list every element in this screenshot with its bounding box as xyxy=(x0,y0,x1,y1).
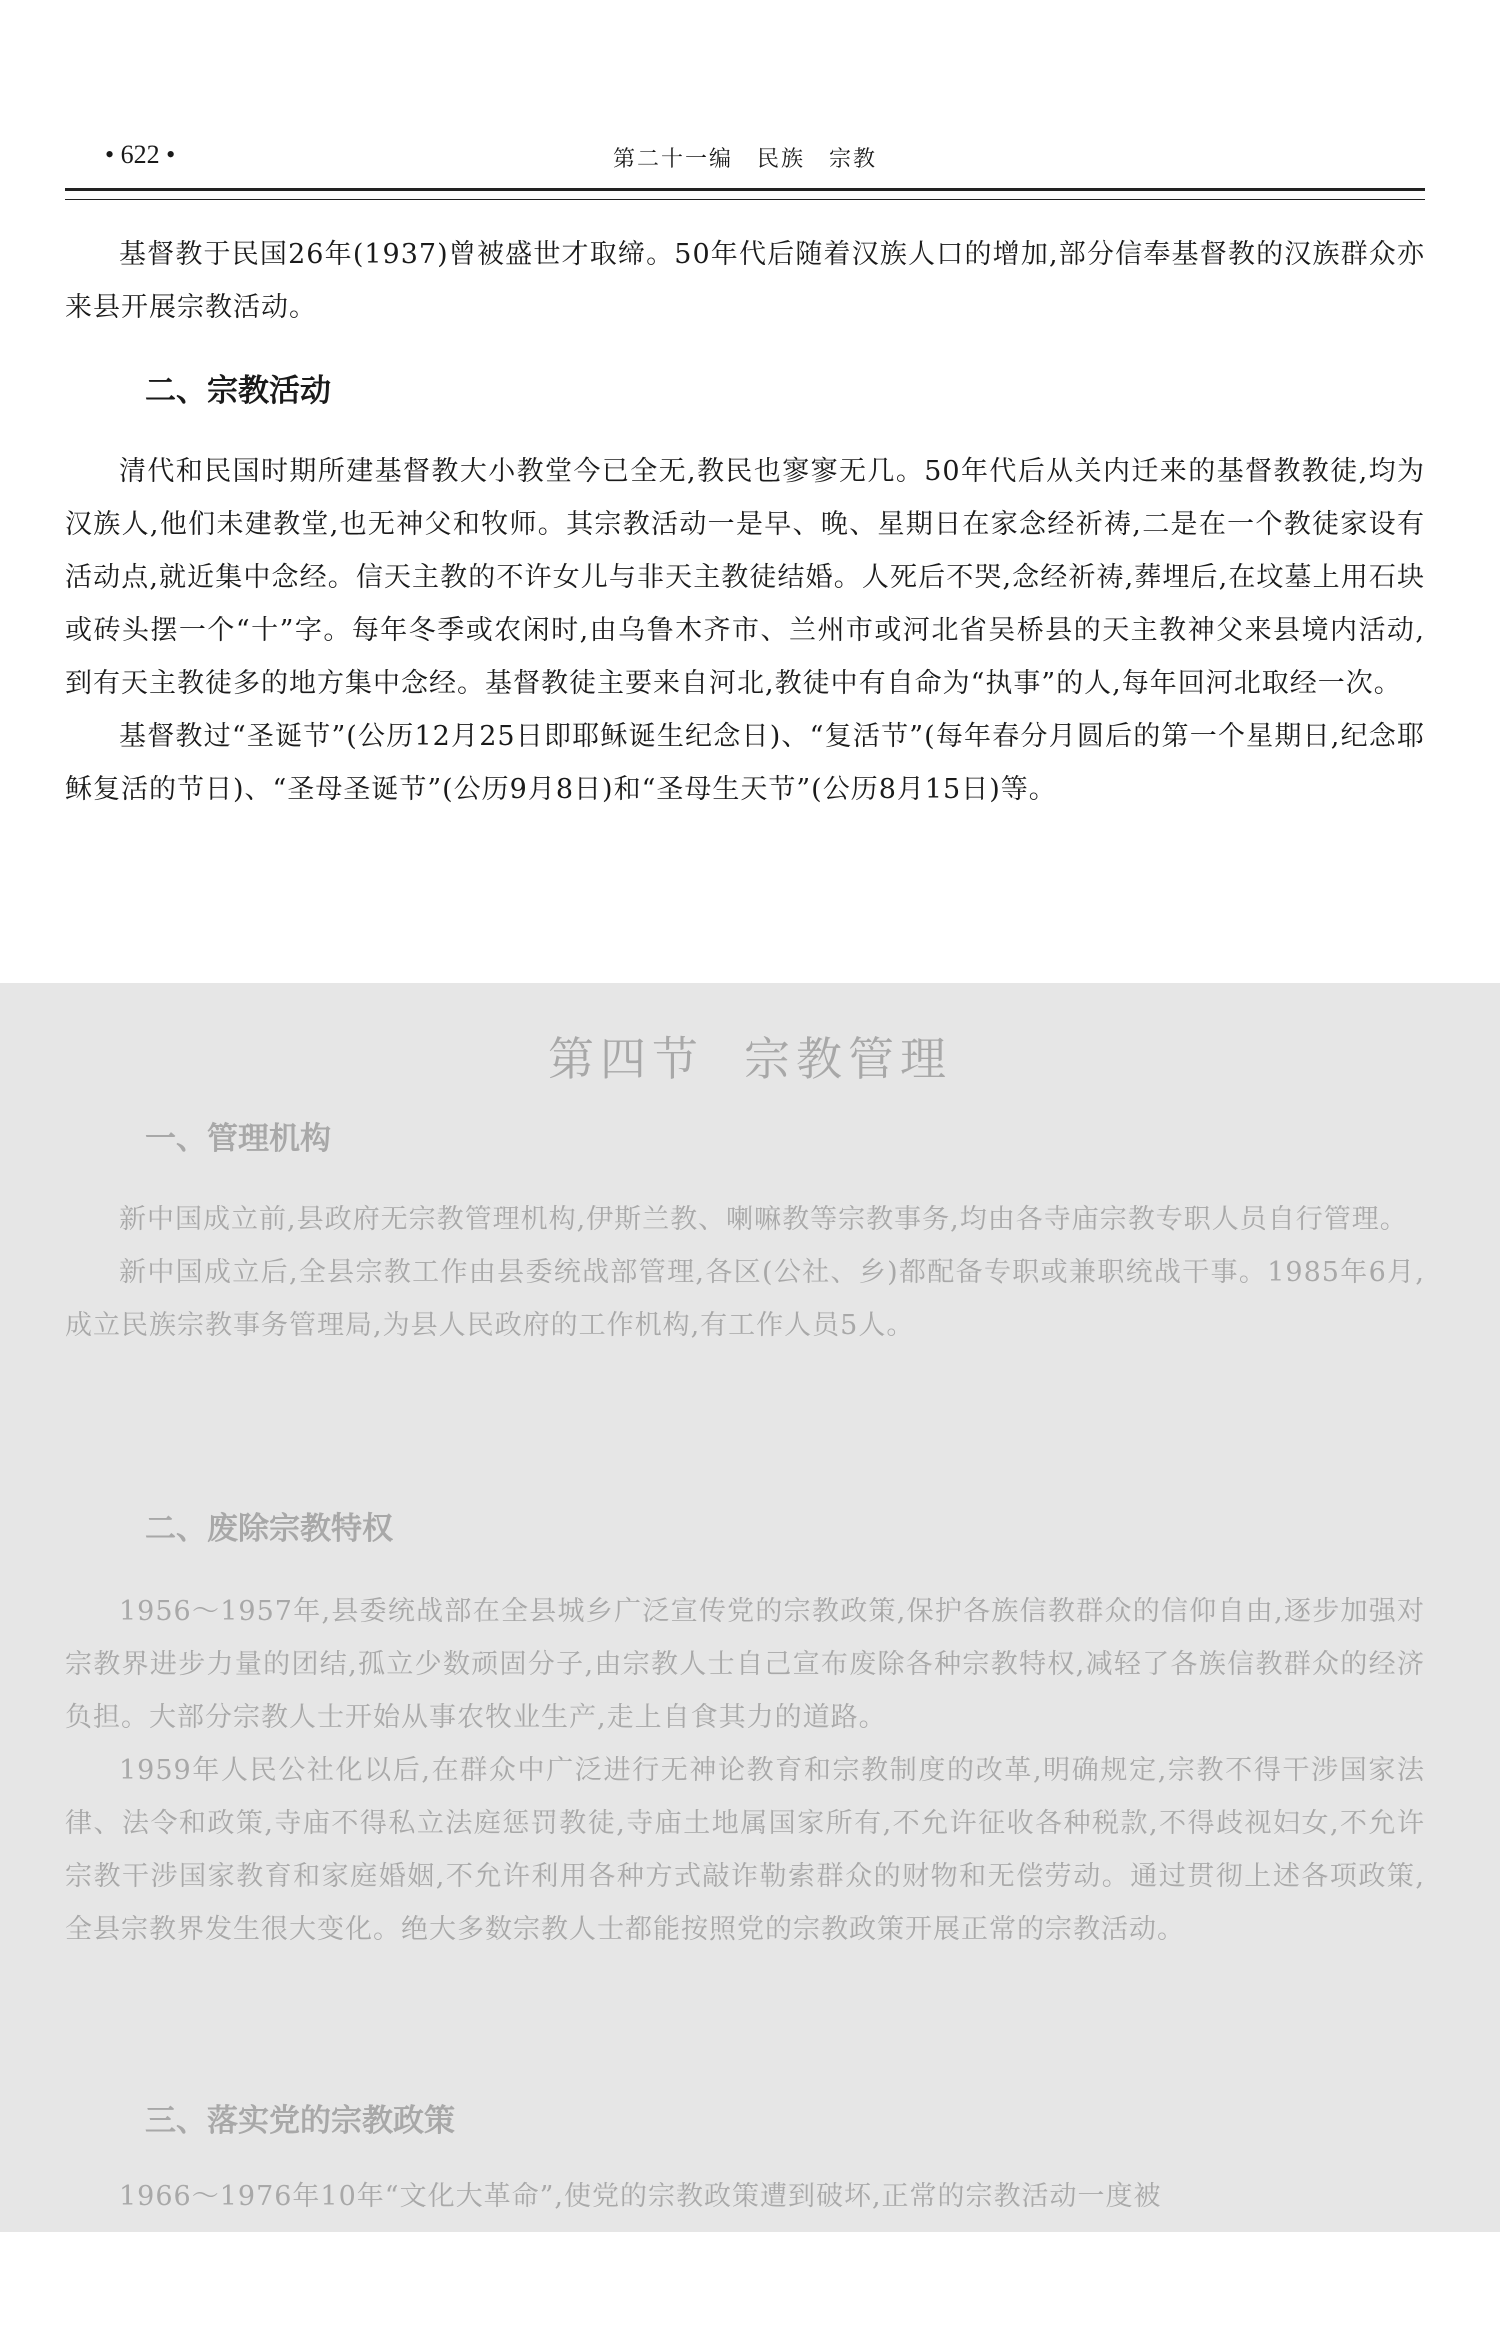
management-agency-block: 新中国成立前,县政府无宗教管理机构,伊斯兰教、喇嘛教等宗教事务,均由各寺庙宗教专… xyxy=(65,1193,1425,1352)
running-head: • 622 • 第二十一编 民族 宗教 xyxy=(65,140,1425,180)
heading-religious-activities: 二、宗教活动 xyxy=(145,365,331,410)
paragraph: 清代和民国时期所建基督教大小教堂今已全无,教民也寥寥无几。50年代后从关内迁来的… xyxy=(65,445,1425,710)
running-head-title: 第二十一编 民族 宗教 xyxy=(65,142,1425,173)
section-number: 第四节 xyxy=(548,1032,704,1086)
section-title: 第四节宗教管理 xyxy=(0,1023,1500,1089)
intro-paragraph: 基督教于民国26年(1937)曾被盛世才取缔。50年代后随着汉族人口的增加,部分… xyxy=(65,228,1425,334)
paragraph: 1956～1957年,县委统战部在全县城乡广泛宣传党的宗教政策,保护各族信教群众… xyxy=(65,1585,1425,1744)
heading-implement-policy: 三、落实党的宗教政策 xyxy=(145,2095,455,2140)
paragraph: 新中国成立前,县政府无宗教管理机构,伊斯兰教、喇嘛教等宗教事务,均由各寺庙宗教专… xyxy=(65,1193,1425,1246)
intro-block: 基督教于民国26年(1937)曾被盛世才取缔。50年代后随着汉族人口的增加,部分… xyxy=(65,228,1425,334)
section-name: 宗教管理 xyxy=(744,1032,952,1086)
header-double-rule xyxy=(65,188,1425,200)
paragraph: 1966～1976年10年“文化大革命”,使党的宗教政策遭到破坏,正常的宗教活动… xyxy=(65,2170,1425,2223)
activities-block: 清代和民国时期所建基督教大小教堂今已全无,教民也寥寥无几。50年代后从关内迁来的… xyxy=(65,445,1425,816)
abolish-privileges-block: 1956～1957年,县委统战部在全县城乡广泛宣传党的宗教政策,保护各族信教群众… xyxy=(65,1585,1425,1956)
paragraph: 基督教过“圣诞节”(公历12月25日即耶稣诞生纪念日)、“复活节”(每年春分月圆… xyxy=(65,710,1425,816)
heading-abolish-privileges: 二、废除宗教特权 xyxy=(145,1503,393,1548)
implement-policy-block: 1966～1976年10年“文化大革命”,使党的宗教政策遭到破坏,正常的宗教活动… xyxy=(65,2170,1425,2223)
heading-management-agency: 一、管理机构 xyxy=(145,1113,331,1158)
paragraph: 1959年人民公社化以后,在群众中广泛进行无神论教育和宗教制度的改革,明确规定,… xyxy=(65,1744,1425,1956)
paragraph: 新中国成立后,全县宗教工作由县委统战部管理,各区(公社、乡)都配备专职或兼职统战… xyxy=(65,1246,1425,1352)
